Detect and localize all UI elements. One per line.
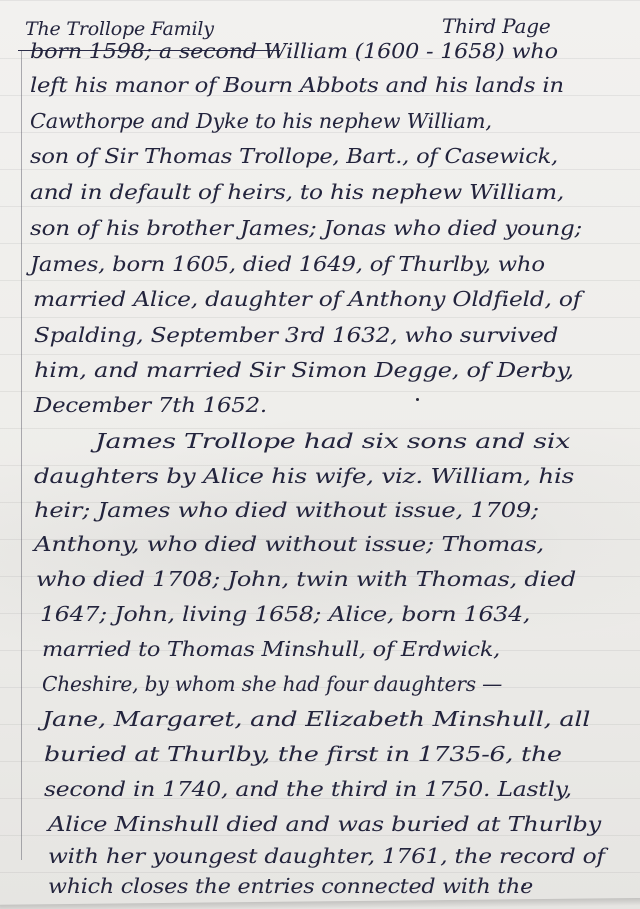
manuscript-line: Spalding, September 3rd 1632, who surviv… (34, 322, 558, 348)
manuscript-line: Cawthorpe and Dyke to his nephew William… (30, 108, 492, 134)
manuscript-line: with her youngest daughter, 1761, the re… (48, 843, 605, 869)
manuscript-line: son of Sir Thomas Trollope, Bart., of Ca… (30, 143, 558, 169)
scanned-manuscript-page: The Trollope Family Third Page born 1598… (0, 0, 640, 909)
manuscript-line: second in 1740, and the third in 1750. L… (44, 776, 572, 802)
manuscript-line: Cheshire, by whom she had four daughters… (42, 671, 502, 697)
manuscript-line: married Alice, daughter of Anthony Oldfi… (33, 286, 581, 312)
page-bottom-edge (0, 898, 640, 909)
manuscript-line: buried at Thurlby, the first in 1735-6, … (44, 741, 562, 767)
manuscript-line: married to Thomas Minshull, of Erdwick, (42, 636, 500, 662)
manuscript-line: James, born 1605, died 1649, of Thurlby,… (30, 251, 545, 277)
ruled-lines (0, 0, 640, 909)
manuscript-line: December 7th 1652. (34, 392, 267, 418)
document-title: The Trollope Family (25, 18, 214, 40)
manuscript-line: Anthony, who died without issue; Thomas, (34, 531, 544, 557)
manuscript-line: heir; James who died without issue, 1709… (34, 497, 539, 523)
manuscript-line: and in default of heirs, to his nephew W… (30, 179, 564, 205)
manuscript-line: 1647; John, living 1658; Alice, born 163… (40, 601, 530, 627)
manuscript-line: James Trollope had six sons and six (95, 428, 570, 454)
left-margin-line (21, 50, 22, 860)
ink-dot (416, 398, 419, 401)
manuscript-line: son of his brother James; Jonas who died… (30, 215, 582, 241)
manuscript-line: Alice Minshull died and was buried at Th… (48, 811, 601, 837)
manuscript-line: born 1598; a second William (1600 - 1658… (30, 38, 558, 64)
ink-dot (523, 883, 526, 886)
manuscript-line: daughters by Alice his wife, viz. Willia… (34, 463, 574, 489)
manuscript-line: Jane, Margaret, and Elizabeth Minshull, … (42, 706, 590, 732)
manuscript-line: him, and married Sir Simon Degge, of Der… (34, 357, 574, 383)
page-label: Third Page (442, 14, 550, 38)
manuscript-line: who died 1708; John, twin with Thomas, d… (36, 566, 576, 592)
manuscript-line: which closes the entries connected with … (48, 873, 533, 899)
manuscript-line: left his manor of Bourn Abbots and his l… (30, 72, 564, 98)
